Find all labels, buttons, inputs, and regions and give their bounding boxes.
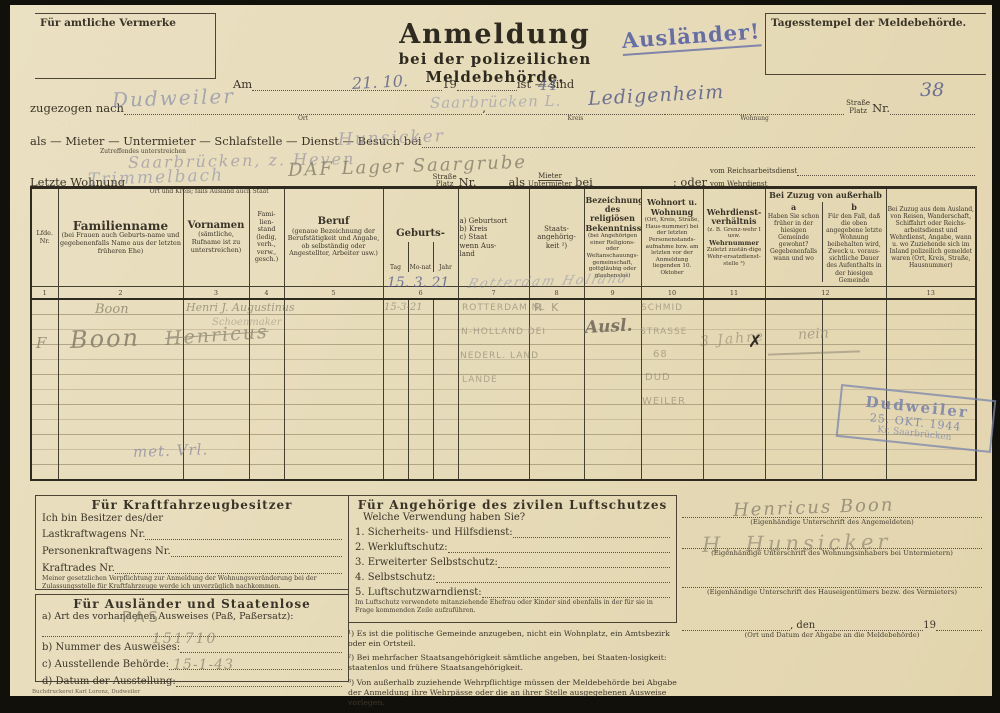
col-arrival-a: a Haben Sie schon früher in der hiesigen… <box>766 202 822 282</box>
registration-table: Lfde. Nr. Familienname (bei Frauen auch … <box>30 186 977 481</box>
table-body <box>31 299 976 480</box>
signature-line-1 <box>682 503 982 518</box>
signature-caption-2: (Eigenhändige Unterschrift des Wohnungsi… <box>682 549 982 557</box>
ls-item-3: 3. Erweiterter Selbstschutz: <box>355 557 498 568</box>
table-row <box>31 450 976 465</box>
id-date-field <box>176 674 342 687</box>
col-birth-month: Mo-nat <box>408 242 433 272</box>
signature-caption-4: (Ort und Datum der Abgabe an die Meldebe… <box>682 631 982 639</box>
id-authority-field <box>169 657 342 670</box>
year-field <box>457 78 517 91</box>
ls-item-1: 1. Sicherheits- und Hilfsdienst: <box>355 527 513 538</box>
air-raid-box: Für Angehörige des zivilen Luftschutzes … <box>348 495 677 623</box>
date-line: Am 19 ist — sind <box>233 77 653 91</box>
motorcycle-label: Kraftrades Nr. <box>42 563 115 574</box>
id-number-label: b) Nummer des Ausweises: <box>42 642 180 653</box>
table-row <box>31 465 976 481</box>
truck-label: Lastkraftwagens Nr. <box>42 529 145 540</box>
dwelling-field: Wohnung <box>665 102 844 115</box>
col-birthdate: Geburts- Tag Mo-nat Jahr <box>383 188 458 287</box>
signature-line-2 <box>682 526 982 549</box>
col-marital: Fami- lien- stand (ledig, verh., verw., … <box>249 188 284 287</box>
ls-field-1 <box>513 525 670 538</box>
year-prefix-2: 19 <box>923 620 936 631</box>
id-authority-label: c) Ausstellende Behörde: <box>42 659 169 670</box>
rad-field <box>797 163 975 176</box>
col-arrival-outside: Bei Zuzug von außerhalb a Haben Sie scho… <box>765 188 886 287</box>
ist-sind-label: ist — sind <box>517 77 574 91</box>
footnote-3: ³) Von außerhalb zuziehende Wehrpflichti… <box>348 678 678 708</box>
table-row <box>31 315 976 330</box>
ls-item-4: 4. Selbstschutz: <box>355 572 436 583</box>
id-number-field <box>180 640 342 653</box>
submit-place-field <box>682 618 790 631</box>
col-birth-year: Jahr <box>433 242 458 272</box>
col-birth-day: Tag <box>384 242 408 272</box>
car-field <box>171 544 342 557</box>
col-firstnames: Vornamen (sämtliche, Rufname ist zu unte… <box>183 188 249 287</box>
ls-field-5 <box>482 585 670 598</box>
id-type-field <box>42 622 342 637</box>
vehicle-note: Meiner gesetzlichen Verpflichtung zur An… <box>42 575 342 591</box>
id-type-label: a) Art des vorhandenen Ausweises (Paß, P… <box>42 611 342 622</box>
table-row <box>31 330 976 345</box>
ls-item-2: 2. Werkluftschutz: <box>355 542 448 553</box>
footnote-1: ¹) Es ist die politische Gemeinde anzuge… <box>348 629 678 649</box>
table-row <box>31 390 976 405</box>
foreigners-box-title: Für Ausländer und Staatenlose <box>36 595 348 611</box>
dwelling-caption: Wohnung <box>740 115 769 122</box>
place-date-line: , den 19 <box>682 618 982 631</box>
visit-host-field <box>422 135 975 148</box>
district-field: Kreis <box>486 102 665 115</box>
signature-caption-3: (Eigenhändige Unterschrift des Hauseigen… <box>682 588 982 596</box>
foreigners-box: Für Ausländer und Staatenlose a) Art des… <box>35 594 349 682</box>
underline-caption: Zutreffendes unterstreichen <box>100 148 186 155</box>
signature-caption-1: (Eigenhändige Unterschrift des Angemelde… <box>682 518 982 526</box>
ls-field-2 <box>448 540 670 553</box>
submit-date-field <box>815 618 923 631</box>
ls-item-5: 5. Luftschutzwarndienst: <box>355 587 482 598</box>
truck-field <box>145 527 342 540</box>
housenumber-field <box>890 102 975 115</box>
tenant-type-label: als — Mieter — Untermieter — Schlafstell… <box>30 134 422 148</box>
column-number-row: 1 2 3 4 5 6 7 8 9 10 11 12 13 <box>31 287 976 300</box>
vehicle-box-title: Für Kraftfahrzeugbesitzer <box>36 496 348 512</box>
scanned-form-page: Für amtliche Vermerke Tagesstempel der M… <box>0 0 1000 713</box>
nr-label: Nr. <box>872 101 890 115</box>
vehicle-owner-box: Für Kraftfahrzeugbesitzer Ich bin Besitz… <box>35 495 349 590</box>
ls-field-3 <box>498 555 670 568</box>
id-date-label: d) Datum der Ausstellung: <box>42 676 176 687</box>
den-label: , den <box>790 620 815 631</box>
table-row <box>31 360 976 375</box>
moved-to-line: zugezogen nach Ort , Kreis Wohnung Straß… <box>30 100 975 115</box>
place-caption: Ort <box>298 115 308 122</box>
col-occupation: Beruf (genaue Bezeichnung der Berufstäti… <box>284 188 383 287</box>
col-residence-census: Wohnort u. Wohnung (Ort, Kreis, Straße, … <box>641 188 703 287</box>
street-square-label: Straße Platz <box>846 100 870 115</box>
col-military: Wehrdienst-verhältnis (z. B. Grenz-wehr … <box>703 188 765 287</box>
date-field <box>252 78 442 91</box>
tenant-type-line: als — Mieter — Untermieter — Schlafstell… <box>30 134 975 148</box>
car-label: Personenkraftwagens Nr. <box>42 546 171 557</box>
signature-line-3 <box>682 557 982 588</box>
vehicle-intro: Ich bin Besitzer des/der <box>42 513 342 524</box>
col-arrival-abroad: Bei Zuzug aus dem Ausland, von Reisen, W… <box>886 188 976 287</box>
air-raid-question: Welche Verwendung haben Sie? <box>363 512 670 523</box>
table-row <box>31 420 976 435</box>
day-stamp-label: Tagesstempel der Meldebehörde. <box>766 14 986 32</box>
moved-to-label: zugezogen nach <box>30 101 124 115</box>
col-citizenship: Staats- angehörig- keit ²) <box>529 188 584 287</box>
table-header-row: Lfde. Nr. Familienname (bei Frauen auch … <box>31 188 976 287</box>
col-serial: Lfde. Nr. <box>31 188 58 287</box>
footnote-2: ²) Bei mehrfacher Staatsangehörigkeit sä… <box>348 653 678 673</box>
col-religion: Bezeichnung des religiösen Bekenntnisses… <box>584 188 641 287</box>
table-row <box>31 435 976 450</box>
am-label: Am <box>233 77 252 91</box>
district-caption: Kreis <box>567 115 583 122</box>
form-paper: Für amtliche Vermerke Tagesstempel der M… <box>10 5 992 696</box>
signature-section: (Eigenhändige Unterschrift des Angemelde… <box>682 503 982 639</box>
col-arrival-b: b Für den Fall, daß die oben angegebene … <box>822 202 886 282</box>
air-raid-note: Im Luftschutz verwendete mitanziehende E… <box>355 599 670 615</box>
table-row <box>31 299 976 315</box>
footnotes: ¹) Es ist die politische Gemeinde anzuge… <box>348 629 678 712</box>
col-surname: Familienname (bei Frauen auch Geburts-na… <box>58 188 183 287</box>
printer-imprint: Buchdruckerei Karl Lorenz, Dudweiler <box>32 689 140 695</box>
air-raid-box-title: Für Angehörige des zivilen Luftschutzes <box>349 496 676 512</box>
ls-field-4 <box>436 570 670 583</box>
table-row <box>31 375 976 390</box>
col-birthplace: a) Geburtsort b) Kreis c) Staat wenn Aus… <box>458 188 529 287</box>
official-notes-label: Für amtliche Vermerke <box>35 14 215 32</box>
day-stamp-box: Tagesstempel der Meldebehörde. <box>765 13 986 75</box>
form-title: Anmeldung <box>330 19 660 50</box>
submit-year-field <box>936 618 982 631</box>
table-row <box>31 345 976 360</box>
year-prefix: 19 <box>442 77 457 91</box>
official-notes-box: Für amtliche Vermerke <box>35 13 216 79</box>
place-field: Ort <box>124 102 482 115</box>
motorcycle-field <box>115 561 342 574</box>
table-row <box>31 405 976 420</box>
